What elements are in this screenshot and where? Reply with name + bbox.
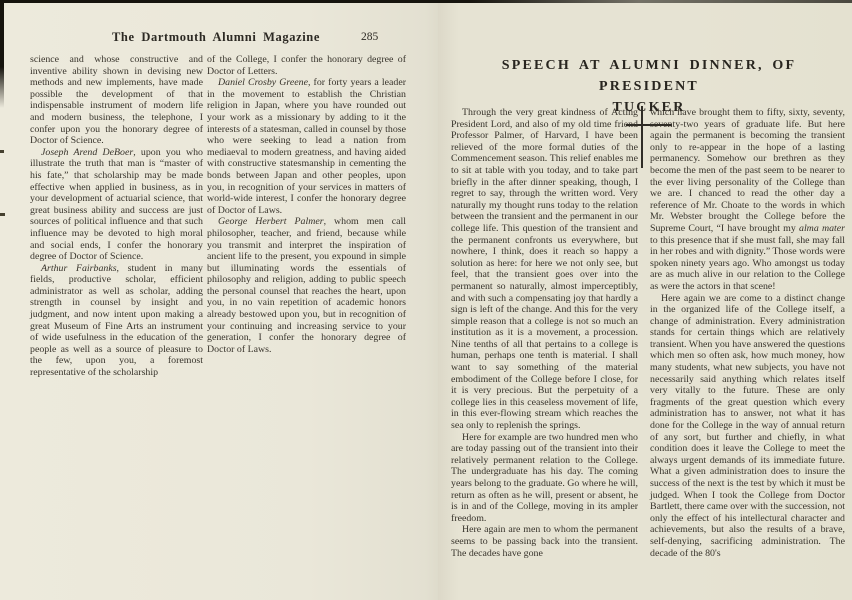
paragraph-text: science and whose constructive and inven… xyxy=(30,54,203,146)
paragraph-text: Here for example are two hundred men who… xyxy=(451,432,638,524)
left-page-column-2: of the College, I confer the honorary de… xyxy=(207,54,406,355)
magazine-scan: The Dartmouth Alumni Magazine 285 scienc… xyxy=(0,0,852,600)
alma-mater-italic: alma mater xyxy=(799,223,845,234)
paragraph-text: Through the very great kindness of Actin… xyxy=(451,107,638,431)
scan-speck xyxy=(0,213,5,216)
column-divider-rule xyxy=(641,106,643,168)
right-page-column-1: Through the very great kindness of Actin… xyxy=(451,107,638,559)
paragraph: Daniel Crosby Greene, for forty years a … xyxy=(207,77,406,216)
paragraph: science and whose constructive and inven… xyxy=(30,54,203,147)
paragraph-text: , whom men call philosopher, teacher, an… xyxy=(207,216,406,355)
paragraph: which have brought them to fifty, sixty,… xyxy=(650,107,845,293)
magazine-header-title: The Dartmouth Alumni Magazine xyxy=(112,30,320,45)
paragraph: Arthur Fairbanks, student in many fields… xyxy=(30,263,203,379)
scan-edge-top xyxy=(0,0,852,3)
paragraph-text: , student in many fields, productive sch… xyxy=(30,263,203,378)
left-page-column-1: science and whose constructive and inven… xyxy=(30,54,203,379)
paragraph: Through the very great kindness of Actin… xyxy=(451,107,638,432)
honoree-name: Arthur Fairbanks xyxy=(41,263,117,274)
paragraph-text: Here again are men to whom the permanent… xyxy=(451,524,638,558)
article-title-line-1: SPEECH AT ALUMNI DINNER, OF PRESIDENT xyxy=(450,55,848,97)
scan-edge-left xyxy=(0,0,4,108)
paragraph: Here again are men to whom the permanent… xyxy=(451,524,638,559)
scan-speck xyxy=(0,150,4,153)
paragraph-text: which have brought them to fifty, sixty,… xyxy=(650,107,845,234)
paragraph: Here again we are come to a distinct cha… xyxy=(650,293,845,560)
paragraph-text: of the College, I confer the honorary de… xyxy=(207,54,406,77)
right-page-column-2: which have brought them to fifty, sixty,… xyxy=(650,107,845,559)
paragraph: George Herbert Palmer, whom men call phi… xyxy=(207,216,406,355)
paragraph-text: , for forty years a leader in the moveme… xyxy=(207,77,406,216)
paragraph-text: , upon you who illustrate the truth that… xyxy=(30,147,203,262)
honoree-name: George Herbert Palmer xyxy=(218,216,324,227)
paragraph-text: to this presence that if she must fall, … xyxy=(650,235,845,292)
honoree-name: Daniel Crosby Greene xyxy=(218,77,308,88)
page-number: 285 xyxy=(361,31,378,43)
paragraph: Here for example are two hundred men who… xyxy=(451,432,638,525)
paragraph-text: Here again we are come to a distinct cha… xyxy=(650,293,845,559)
paragraph: Joseph Arend DeBoer, upon you who illust… xyxy=(30,147,203,263)
honoree-name: Joseph Arend DeBoer xyxy=(41,147,133,158)
paragraph: of the College, I confer the honorary de… xyxy=(207,54,406,77)
